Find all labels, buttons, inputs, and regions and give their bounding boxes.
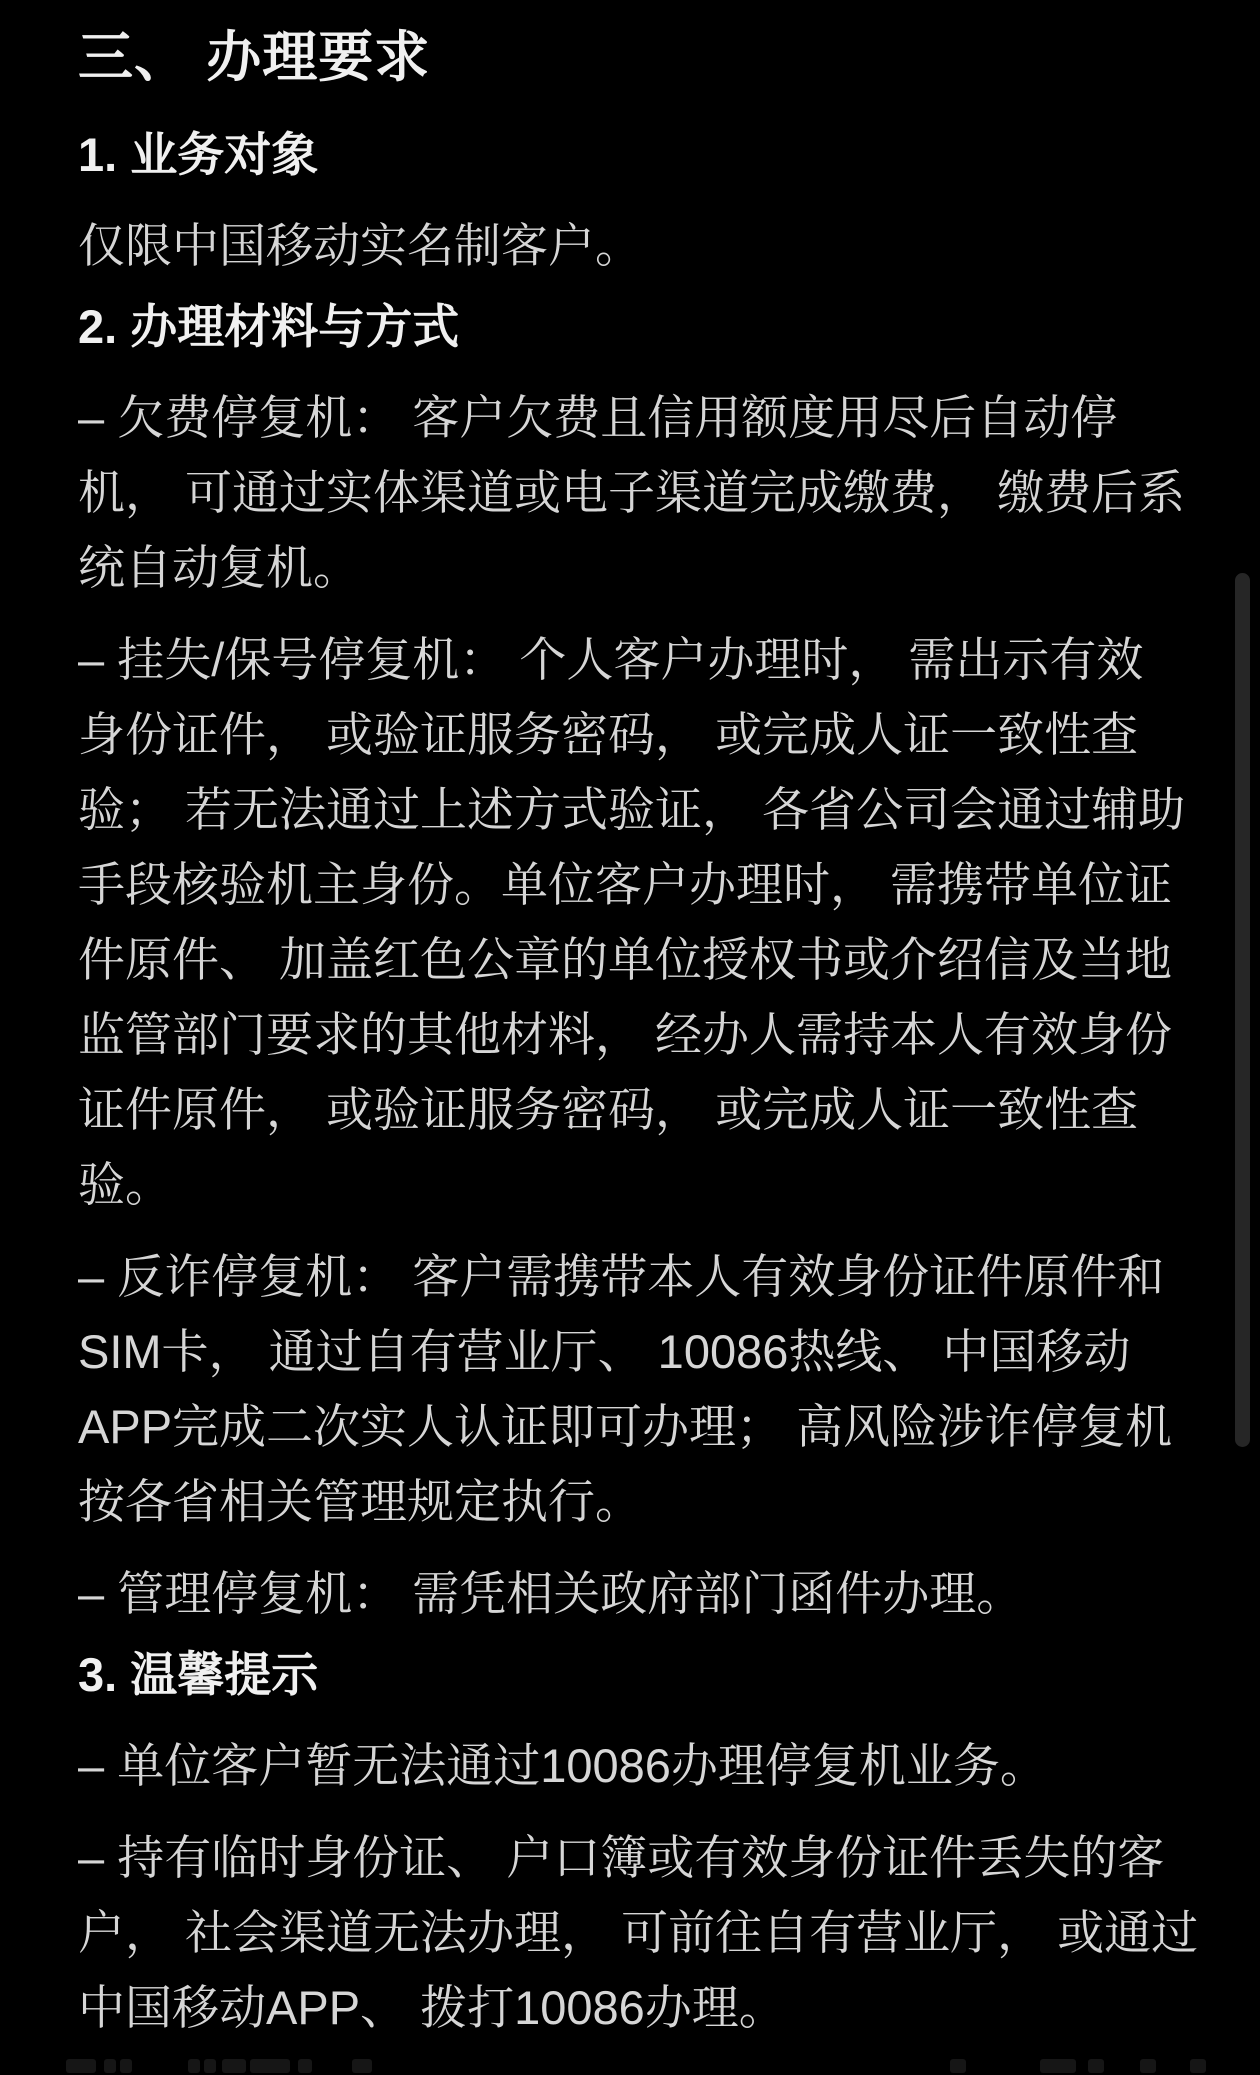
- document-content: 三、 办理要求 1. 业务对象仅限中国移动实名制客户。2. 办理材料与方式– 欠…: [0, 0, 1260, 2045]
- paragraph-line: 手段核验机主身份。单位客户办理时， 需携带单位证: [78, 847, 1220, 922]
- clipped-text-fragment: [1040, 2059, 1076, 2073]
- document-page: 三、 办理要求 1. 业务对象仅限中国移动实名制客户。2. 办理材料与方式– 欠…: [0, 0, 1260, 2075]
- paragraph-line: SIM卡， 通过自有营业厅、 10086热线、 中国移动: [78, 1314, 1220, 1389]
- paragraph-line: APP完成二次实人认证即可办理； 高风险涉诈停复机: [78, 1389, 1220, 1464]
- paragraph-line: 身份证件， 或验证服务密码， 或完成人证一致性查: [78, 697, 1220, 772]
- paragraph-line: 验。: [78, 1147, 1220, 1222]
- paragraph-line: 证件原件， 或验证服务密码， 或完成人证一致性查: [78, 1072, 1220, 1147]
- paragraph: – 欠费停复机： 客户欠费且信用额度用尽后自动停机， 可通过实体渠道或电子渠道完…: [78, 380, 1220, 605]
- paragraph-line: 仅限中国移动实名制客户。: [78, 208, 1220, 283]
- clipped-text-fragment: [950, 2059, 966, 2073]
- clipped-text-fragment: [1088, 2059, 1104, 2073]
- clipped-text-fragment: [1140, 2059, 1156, 2073]
- clipped-text-fragment: [66, 2059, 96, 2073]
- section-heading: 1. 业务对象: [78, 131, 1220, 178]
- document-body: 1. 业务对象仅限中国移动实名制客户。2. 办理材料与方式– 欠费停复机： 客户…: [78, 131, 1220, 2045]
- paragraph: 仅限中国移动实名制客户。: [78, 208, 1220, 283]
- paragraph: – 反诈停复机： 客户需携带本人有效身份证件原件和SIM卡， 通过自有营业厅、 …: [78, 1239, 1220, 1539]
- paragraph-line: – 管理停复机： 需凭相关政府部门函件办理。: [78, 1556, 1220, 1631]
- paragraph-line: 机， 可通过实体渠道或电子渠道完成缴费， 缴费后系: [78, 455, 1220, 530]
- paragraph: – 挂失/保号停复机： 个人客户办理时， 需出示有效身份证件， 或验证服务密码，…: [78, 622, 1220, 1222]
- paragraph-line: – 欠费停复机： 客户欠费且信用额度用尽后自动停: [78, 380, 1220, 455]
- paragraph-line: 监管部门要求的其他材料， 经办人需持本人有效身份: [78, 997, 1220, 1072]
- scrollbar-thumb[interactable]: [1235, 573, 1250, 1447]
- clipped-text-fragment: [204, 2059, 216, 2073]
- paragraph: – 单位客户暂无法通过10086办理停复机业务。: [78, 1728, 1220, 1803]
- clipped-text-fragment: [222, 2059, 246, 2073]
- paragraph-line: – 单位客户暂无法通过10086办理停复机业务。: [78, 1728, 1220, 1803]
- clipped-text-fragment: [1190, 2059, 1206, 2073]
- paragraph-line: – 反诈停复机： 客户需携带本人有效身份证件原件和: [78, 1239, 1220, 1314]
- paragraph-line: – 挂失/保号停复机： 个人客户办理时， 需出示有效: [78, 622, 1220, 697]
- paragraph-line: – 持有临时身份证、 户口簿或有效身份证件丢失的客: [78, 1820, 1220, 1895]
- paragraph: – 持有临时身份证、 户口簿或有效身份证件丢失的客户， 社会渠道无法办理， 可前…: [78, 1820, 1220, 2045]
- section-heading: 3. 温馨提示: [78, 1651, 1220, 1698]
- paragraph-line: 按各省相关管理规定执行。: [78, 1464, 1220, 1539]
- clipped-text-fragment: [120, 2059, 132, 2073]
- clipped-text-fragment: [298, 2059, 312, 2073]
- paragraph-line: 户， 社会渠道无法办理， 可前往自有营业厅， 或通过: [78, 1895, 1220, 1970]
- page-title: 三、 办理要求: [78, 30, 1220, 85]
- section-heading: 2. 办理材料与方式: [78, 303, 1220, 350]
- paragraph-line: 中国移动APP、 拨打10086办理。: [78, 1970, 1220, 2045]
- clipped-text-fragment: [352, 2059, 372, 2073]
- clipped-text-fragment: [188, 2059, 200, 2073]
- paragraph-line: 件原件、 加盖红色公章的单位授权书或介绍信及当地: [78, 922, 1220, 997]
- paragraph-line: 统自动复机。: [78, 530, 1220, 605]
- clipped-text-fragment: [104, 2059, 116, 2073]
- paragraph-line: 验； 若无法通过上述方式验证， 各省公司会通过辅助: [78, 772, 1220, 847]
- clipped-text-fragment: [250, 2059, 290, 2073]
- paragraph: – 管理停复机： 需凭相关政府部门函件办理。: [78, 1556, 1220, 1631]
